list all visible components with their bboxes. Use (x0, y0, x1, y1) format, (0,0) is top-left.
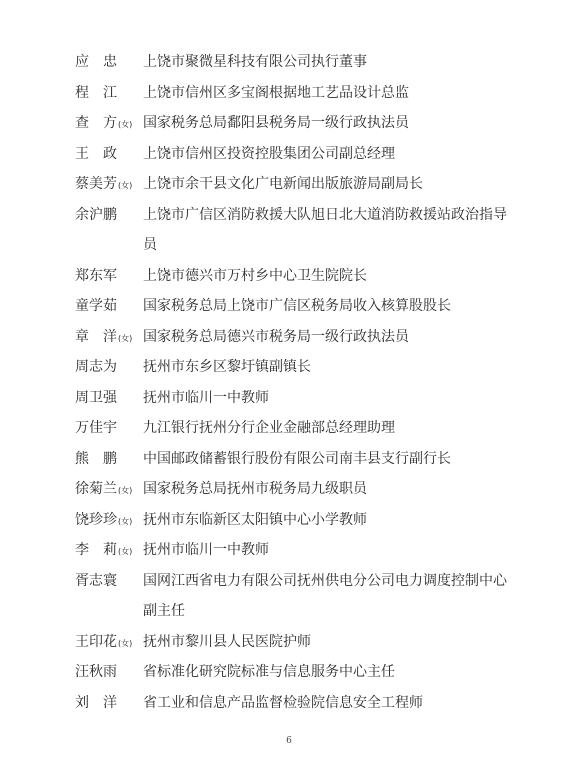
person-title: 上饶市信州区投资控股集团公司副总经理 (143, 139, 513, 170)
honoree-list: 应忠 上饶市聚微星科技有限公司执行董事 程江 上饶市信州区多宝阁根据地工艺品设计… (75, 47, 535, 718)
person-title: 九江银行抚州分行企业金融部总经理助理 (143, 413, 513, 444)
person-name: 查方(女) (75, 108, 143, 139)
person-title: 上饶市聚微星科技有限公司执行董事 (143, 47, 513, 78)
person-title: 国网江西省电力有限公司抚州供电分公司电力调度控制中心副主任 (143, 566, 513, 627)
female-marker: (女) (118, 486, 132, 495)
list-item: 周志为 抚州市东乡区黎圩镇副镇长 (75, 352, 535, 383)
person-title: 上饶市余干县文化广电新闻出版旅游局副局长 (143, 169, 513, 200)
name-text: 汪秋雨 (75, 664, 117, 680)
list-item: 熊鹏 中国邮政储蓄银行股份有限公司南丰县支行副行长 (75, 444, 535, 475)
name-char: 王 (75, 146, 89, 162)
person-name: 汪秋雨 (75, 657, 143, 688)
person-name: 胥志寰 (75, 566, 143, 597)
name-text: 饶珍珍 (75, 512, 117, 528)
name-text: 王印花 (75, 634, 117, 650)
name-text: 周志为 (75, 359, 117, 375)
list-item: 章洋(女) 国家税务总局德兴市税务局一级行政执法员 (75, 322, 535, 353)
female-marker: (女) (118, 120, 132, 129)
person-name: 万佳宇 (75, 413, 143, 444)
list-item: 程江 上饶市信州区多宝阁根据地工艺品设计总监 (75, 78, 535, 109)
person-title: 抚州市临川一中教师 (143, 535, 513, 566)
name-char: 刘 (75, 695, 89, 711)
name-char: 章 (75, 329, 89, 345)
list-item: 刘洋 省工业和信息产品监督检验院信息安全工程师 (75, 688, 535, 719)
person-title: 省工业和信息产品监督检验院信息安全工程师 (143, 688, 513, 719)
person-name: 余沪鹏 (75, 200, 143, 231)
list-item: 余沪鹏 上饶市广信区消防救援大队旭日北大道消防救援站政治指导员 (75, 200, 535, 261)
person-name: 周卫强 (75, 383, 143, 414)
list-item: 童学茹 国家税务总局上饶市广信区税务局收入核算股股长 (75, 291, 535, 322)
list-item: 王政 上饶市信州区投资控股集团公司副总经理 (75, 139, 535, 170)
person-name: 程江 (75, 78, 143, 109)
female-marker: (女) (118, 181, 132, 190)
name-text: 余沪鹏 (75, 207, 117, 223)
name-text: 徐菊兰 (75, 481, 117, 497)
person-name: 章洋(女) (75, 322, 143, 353)
person-title: 抚州市临川一中教师 (143, 383, 513, 414)
name-text: 郑东军 (75, 268, 117, 284)
person-title: 国家税务总局德兴市税务局一级行政执法员 (143, 322, 513, 353)
person-name: 刘洋 (75, 688, 143, 719)
female-marker: (女) (118, 517, 132, 526)
name-char: 李 (75, 542, 89, 558)
list-item: 饶珍珍(女) 抚州市东临新区太阳镇中心小学教师 (75, 505, 535, 536)
name-char: 熊 (75, 451, 89, 467)
person-name: 童学茹 (75, 291, 143, 322)
name-text: 胥志寰 (75, 573, 117, 589)
female-marker: (女) (118, 334, 132, 343)
person-name: 李莉(女) (75, 535, 143, 566)
list-item: 郑东军 上饶市德兴市万村乡中心卫生院院长 (75, 261, 535, 292)
person-name: 郑东军 (75, 261, 143, 292)
name-char: 洋 (103, 695, 117, 711)
list-item: 汪秋雨 省标准化研究院标准与信息服务中心主任 (75, 657, 535, 688)
list-item: 应忠 上饶市聚微星科技有限公司执行董事 (75, 47, 535, 78)
person-title: 中国邮政储蓄银行股份有限公司南丰县支行副行长 (143, 444, 513, 475)
person-title: 国家税务总局抚州市税务局九级职员 (143, 474, 513, 505)
person-name: 王政 (75, 139, 143, 170)
name-text: 万佳宇 (75, 420, 117, 436)
person-title: 省标准化研究院标准与信息服务中心主任 (143, 657, 513, 688)
name-char: 莉 (103, 542, 117, 558)
name-char: 忠 (103, 54, 117, 70)
name-text: 童学茹 (75, 298, 117, 314)
name-char: 洋 (103, 329, 117, 345)
person-name: 应忠 (75, 47, 143, 78)
person-title: 抚州市东乡区黎圩镇副镇长 (143, 352, 513, 383)
person-name: 徐菊兰(女) (75, 474, 143, 505)
female-marker: (女) (118, 639, 132, 648)
list-item: 王印花(女) 抚州市黎川县人民医院护师 (75, 627, 535, 658)
list-item: 蔡美芳(女) 上饶市余干县文化广电新闻出版旅游局副局长 (75, 169, 535, 200)
name-char: 鹏 (103, 451, 117, 467)
name-char: 应 (75, 54, 89, 70)
name-char: 政 (103, 146, 117, 162)
person-name: 王印花(女) (75, 627, 143, 658)
name-char: 查 (75, 115, 89, 131)
person-name: 饶珍珍(女) (75, 505, 143, 536)
person-name: 蔡美芳(女) (75, 169, 143, 200)
page-number: 6 (0, 736, 578, 746)
list-item: 万佳宇 九江银行抚州分行企业金融部总经理助理 (75, 413, 535, 444)
list-item: 查方(女) 国家税务总局鄱阳县税务局一级行政执法员 (75, 108, 535, 139)
person-title: 抚州市黎川县人民医院护师 (143, 627, 513, 658)
person-title: 抚州市东临新区太阳镇中心小学教师 (143, 505, 513, 536)
name-char: 江 (103, 85, 117, 101)
name-text: 蔡美芳 (75, 176, 117, 192)
list-item: 徐菊兰(女) 国家税务总局抚州市税务局九级职员 (75, 474, 535, 505)
person-title: 上饶市信州区多宝阁根据地工艺品设计总监 (143, 78, 513, 109)
name-char: 程 (75, 85, 89, 101)
document-page: 应忠 上饶市聚微星科技有限公司执行董事 程江 上饶市信州区多宝阁根据地工艺品设计… (0, 0, 578, 765)
list-item: 李莉(女) 抚州市临川一中教师 (75, 535, 535, 566)
person-title: 国家税务总局上饶市广信区税务局收入核算股股长 (143, 291, 513, 322)
female-marker: (女) (118, 547, 132, 556)
person-title: 上饶市广信区消防救援大队旭日北大道消防救援站政治指导员 (143, 200, 513, 261)
person-name: 熊鹏 (75, 444, 143, 475)
list-item: 胥志寰 国网江西省电力有限公司抚州供电分公司电力调度控制中心副主任 (75, 566, 535, 627)
person-name: 周志为 (75, 352, 143, 383)
name-char: 方 (103, 115, 117, 131)
person-title: 国家税务总局鄱阳县税务局一级行政执法员 (143, 108, 513, 139)
person-title: 上饶市德兴市万村乡中心卫生院院长 (143, 261, 513, 292)
list-item: 周卫强 抚州市临川一中教师 (75, 383, 535, 414)
name-text: 周卫强 (75, 390, 117, 406)
